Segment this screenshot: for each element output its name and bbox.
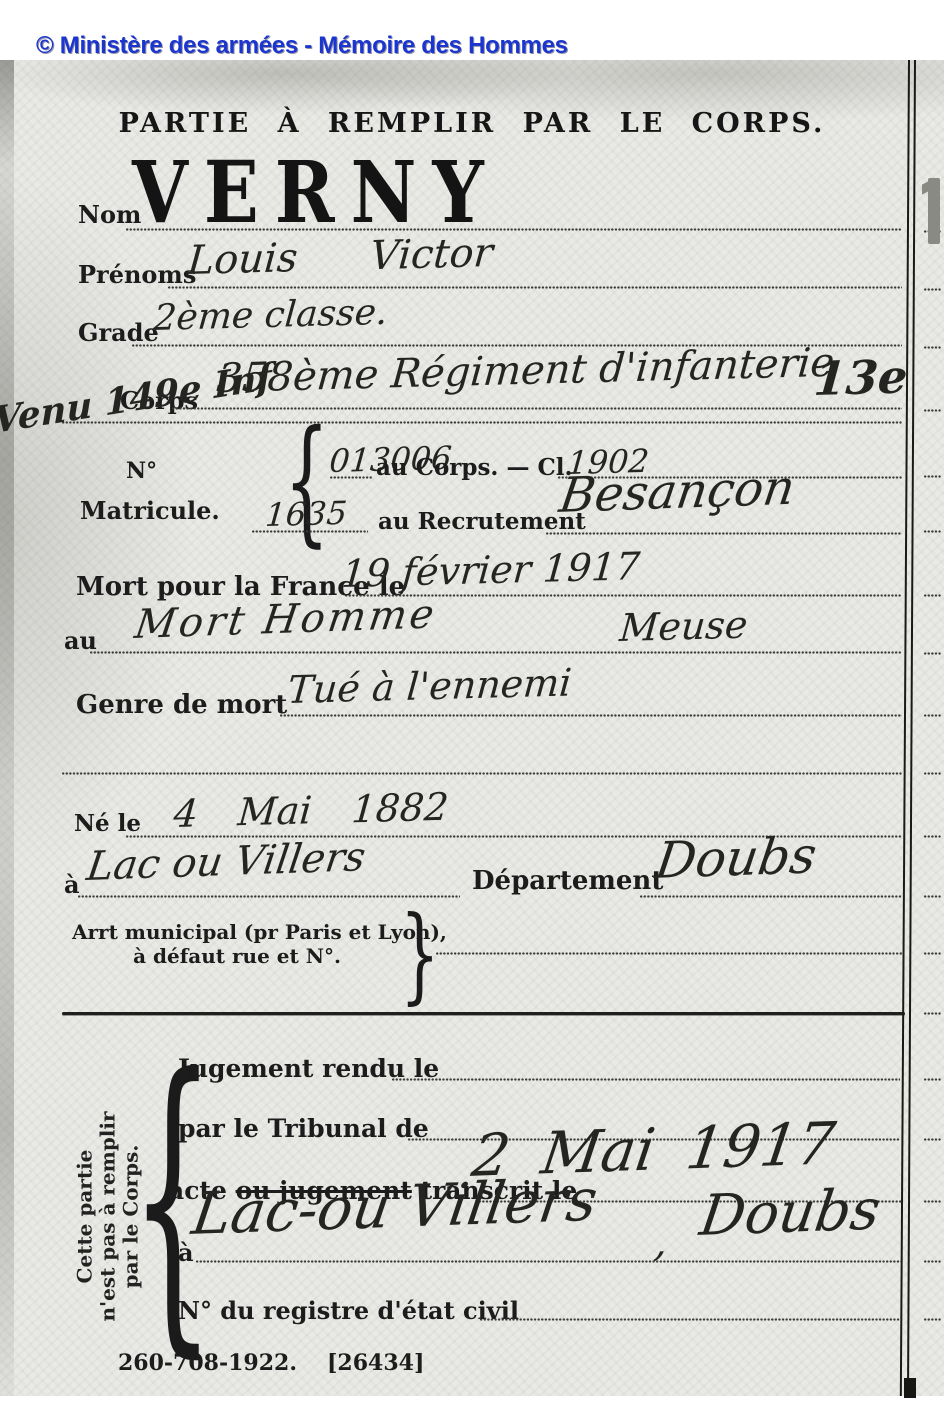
adjacent-page-dots [924, 1318, 942, 1321]
adjacent-page-dots [924, 409, 942, 412]
dotted-line [168, 286, 902, 289]
matricule-no-label: N° [126, 458, 157, 484]
dotted-line [392, 1078, 900, 1081]
dotted-line [172, 407, 902, 410]
adjacent-page-dots [924, 594, 942, 597]
departement-value: Doubs [652, 826, 820, 890]
adjacent-page-dots [924, 288, 942, 291]
recrutement-value: Besançon [556, 460, 798, 524]
registre-label: N° du registre d'état civil [178, 1296, 519, 1325]
adjacent-page-dots [924, 1012, 942, 1015]
lieu-mort-departement: Meuse [618, 603, 749, 650]
adjacent-page-dots [924, 530, 942, 533]
form-title: PARTIE À REMPLIR PAR LE CORPS. [0, 108, 944, 139]
adjacent-page-dots [924, 346, 942, 349]
adjacent-page-dots [924, 1078, 942, 1081]
lieu-naissance-value: Lac ou Villers [84, 834, 368, 890]
arrondissement-label-line1: Arrt municipal (pr Paris et Lyon), [72, 920, 402, 944]
lieu-mort-value: Mort Homme [132, 591, 440, 648]
arrondissement-brace: } [400, 902, 440, 1006]
prenoms-label: Prénoms [78, 260, 196, 289]
dotted-line [252, 530, 368, 533]
corps-value-suffix: 13e [812, 349, 910, 406]
adjacent-page-dots [924, 952, 942, 955]
mort-date-value: 19 février 1917 [340, 544, 642, 596]
grade-value: 2ème classe. [152, 292, 389, 339]
adjacent-page-dots [924, 1260, 942, 1263]
adjacent-page-dots [924, 895, 942, 898]
dotted-line [62, 772, 902, 775]
footer: 260-708-1922. [26434] [118, 1350, 424, 1376]
civil-lieu-departement: Doubs [696, 1177, 884, 1249]
dotted-line [126, 228, 902, 231]
dotted-line [196, 1260, 902, 1263]
adjacent-page-dots [924, 652, 942, 655]
matricule-recrutement-number: 1635 [264, 494, 348, 534]
scan-edge-shadow [0, 60, 14, 1396]
genre-mort-value: Tué à l'ennemi [286, 660, 573, 712]
dotted-line [280, 714, 902, 717]
footer-imprint: 260-708-1922. [118, 1350, 297, 1376]
civil-lieu-separator: , [652, 1219, 671, 1266]
dotted-line [90, 651, 902, 654]
naissance-date-value: 4 Mai 1882 [172, 785, 450, 836]
au-corps-label: au Corps. — Cl. [376, 454, 573, 481]
dotted-line [480, 1318, 902, 1321]
sidebar-note-line: n'est pas à remplir [97, 1102, 120, 1332]
sidebar-note-line: Cette partie [74, 1102, 97, 1332]
dotted-line [62, 421, 902, 424]
genre-mort-label: Genre de mort [76, 690, 287, 720]
dotted-line [640, 895, 902, 898]
footer-bracket-number: [26434] [327, 1350, 424, 1376]
adjacent-page-dots [924, 772, 942, 775]
civil-lieu-value: Lac-ou Villers [188, 1166, 602, 1248]
matricule-label: Matricule. [80, 496, 220, 525]
adjacent-page-dots [924, 1200, 942, 1203]
scan-artifact [904, 1378, 916, 1398]
departement-label: Département [472, 866, 663, 896]
adjacent-page-dots [924, 835, 942, 838]
dotted-line [546, 532, 902, 535]
arrondissement-label-line2: à défaut rue et N°. [72, 944, 402, 968]
adjacent-page-dots [924, 714, 942, 717]
tribunal-label: par le Tribunal de [178, 1114, 429, 1143]
naissance-label: Né le [74, 810, 141, 837]
dotted-line [436, 952, 902, 955]
prenoms-value: Louis Victor [186, 230, 495, 284]
document-card: PARTIE À REMPLIR PAR LE CORPS. Nom VERNY… [0, 60, 944, 1396]
margin-note: Venu 149e Inf [0, 356, 272, 442]
watermark-text: © Ministère des armées - Mémoire des Hom… [36, 32, 568, 60]
corps-value: 358ème Régiment d'infanterie [215, 340, 836, 402]
dotted-line [330, 476, 372, 479]
adjacent-page-dots [924, 475, 942, 478]
au-recrutement-label: au Recrutement [378, 508, 586, 535]
adjacent-page-dots [924, 1138, 942, 1141]
grade-label: Grade [78, 318, 159, 347]
